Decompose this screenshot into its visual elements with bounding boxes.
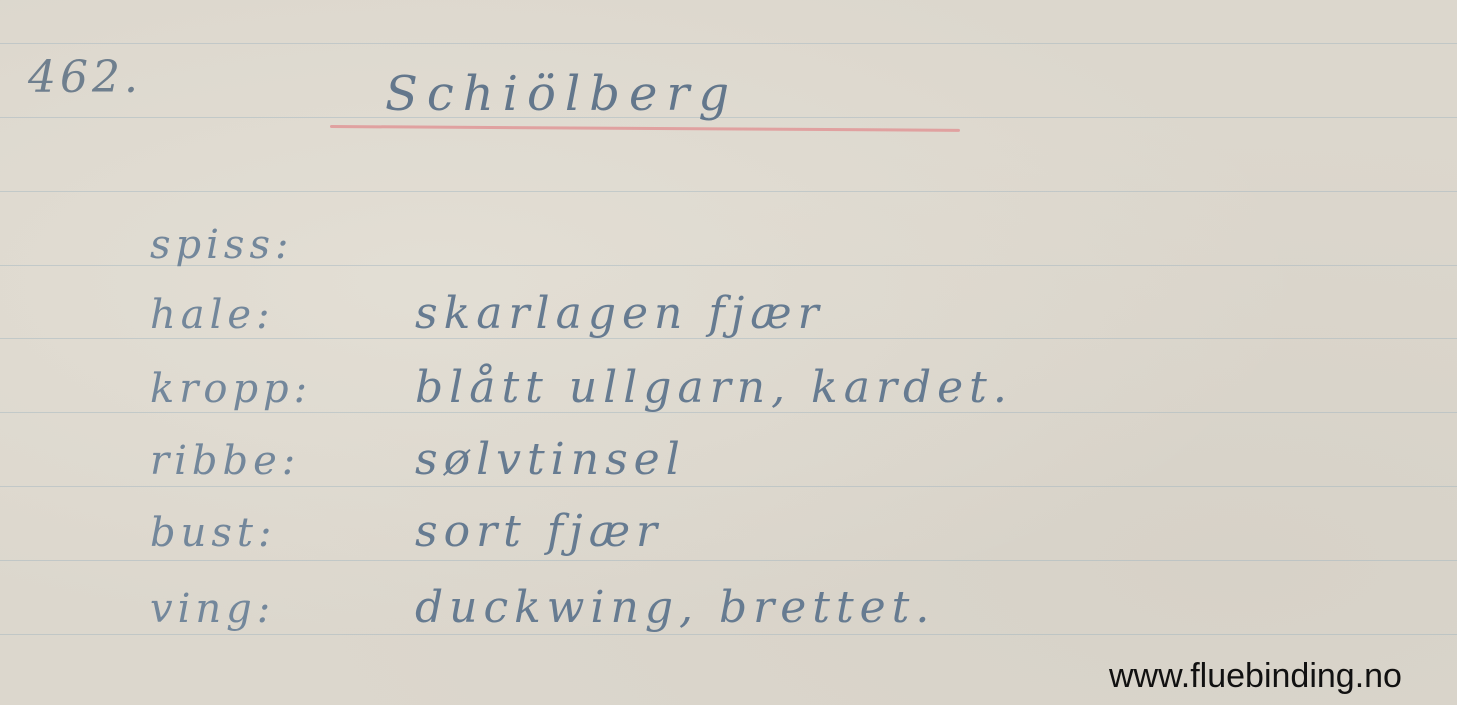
recipe-value: skarlagen fjær (415, 288, 825, 339)
recipe-value: sølvtinsel (415, 434, 686, 485)
recipe-label: spiss: (150, 222, 293, 268)
recipe-label: kropp: (150, 366, 312, 412)
recipe-value: duckwing, brettet. (415, 582, 935, 633)
ruled-line (0, 191, 1457, 192)
notebook-page: 462. Schiölberg spiss: hale: skarlagen f… (0, 0, 1457, 705)
fly-pattern-title: Schiölberg (385, 66, 738, 122)
ruled-line (0, 486, 1457, 487)
website-watermark: www.fluebinding.no (1109, 657, 1402, 696)
ruled-line (0, 560, 1457, 561)
entry-number: 462. (28, 52, 142, 103)
recipe-value: sort fjær (415, 506, 663, 557)
recipe-label: ribbe: (150, 438, 300, 484)
recipe-label: hale: (150, 292, 275, 338)
title-underline (330, 125, 960, 132)
recipe-label: bust: (150, 510, 276, 556)
ruled-line (0, 43, 1457, 44)
recipe-value: blått ullgarn, kardet. (415, 362, 1013, 413)
ruled-line (0, 634, 1457, 635)
recipe-label: ving: (150, 586, 275, 632)
